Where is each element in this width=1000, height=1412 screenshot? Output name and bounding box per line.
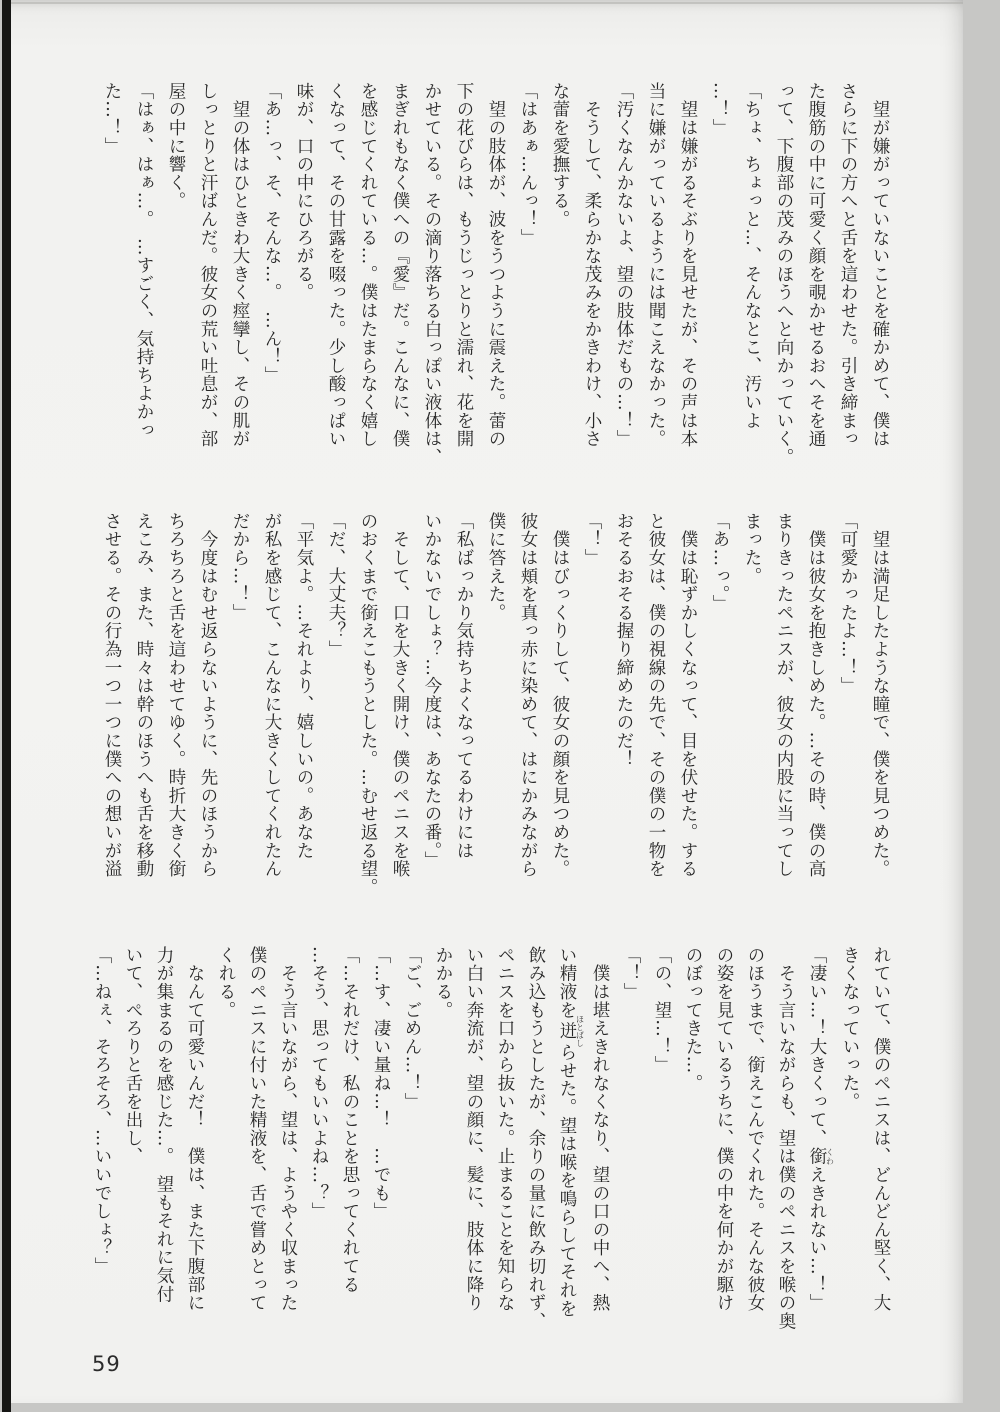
text-column: まぎれもなく僕への『愛』だ。こんなに、僕 [384, 82, 416, 496]
text-column: 「汚くなんかないよ、望の肢体だもの…！」 [608, 82, 640, 496]
text-column: えこみ、また、時々は幹のほうへも舌を移動 [128, 512, 160, 918]
text-column: …そう、思ってもいいよね…？」 [303, 946, 334, 1354]
text-column: 「！」 [576, 512, 608, 918]
text-column: のぼってきた…。 [677, 946, 708, 1354]
text-column: だから…！」 [224, 512, 256, 918]
text-column: 「はぁ、はぁ…。 …すごく、気持ちよかっ [128, 82, 160, 496]
text-column: ちろちろと舌を這わせてゆく。時折大きく銜 [160, 512, 192, 918]
text-column: 望は満足したような瞳で、僕を見つめた。 [864, 512, 896, 918]
text-column: が私を感じて、こんなに大きくしてくれたん [256, 512, 288, 918]
text-column: 望は嫌がるそぶりを見せたが、その声は本 [672, 82, 704, 496]
text-column: 「平気よ。…それより、嬉しいの。あなた [288, 512, 320, 918]
text-column: きくなっていった。 [834, 946, 865, 1354]
text-column: 「あ…っ、そ、そんな…。 …ん！」 [256, 82, 288, 496]
text-column: た…！」 [96, 82, 128, 496]
text-column: な蕾を愛撫する。 [544, 82, 576, 496]
text-column: 「！」 [615, 946, 646, 1354]
text-column: 「だ、大丈夫？」 [320, 512, 352, 918]
text-column: そう言いながらも、望は僕のペニスを喉の奥 [770, 946, 801, 1354]
text-column: た腹筋の中に可愛く顔を覗かせるおへそを通 [800, 82, 832, 496]
text-column: 屋の中に響く。 [160, 82, 192, 496]
scan-spine-edge [2, 0, 11, 1412]
text-band-bottom: れていて、僕のペニスは、どんどん堅く、大きくなっていった。「凄い…！大きくって、… [90, 946, 896, 1354]
text-column: …！」 [704, 82, 736, 496]
text-column: と彼女は、僕の視線の先で、その僕の一物を [640, 512, 672, 918]
text-column: 僕は堪えきれなくなり、望の口の中へ、熱 [584, 946, 615, 1354]
text-column: 飲み込もうとしたが、余りの量に飲み切れず、 [520, 946, 551, 1354]
text-column: 僕はびっくりして、彼女の顔を見つめた。 [544, 512, 576, 918]
text-column: 「の、望…！」 [646, 946, 677, 1354]
text-band-top: 望が嫌がっていないことを確かめて、僕はさらに下の方へと舌を這わせた。引き締まった… [96, 82, 896, 496]
text-column: 僕に答えた。 [480, 512, 512, 918]
text-column: まった。 [736, 512, 768, 918]
text-column: の姿を見ているうちに、僕の中を何かが駆け [708, 946, 739, 1354]
text-column: さらに下の方へと舌を這わせた。引き締まっ [832, 82, 864, 496]
text-column: いて、ぺろりと舌を出し、 [117, 946, 148, 1354]
text-column: 僕のペニスに付いた精液を、舌で嘗めとって [241, 946, 272, 1354]
text-column: を感じてくれている…。僕はたまらなく嬉し [352, 82, 384, 496]
text-column: 「あ…っ。」 [704, 512, 736, 918]
text-column: 「ご、ごめん…！」 [396, 946, 427, 1354]
scanned-page-background: { "page": { "number": "59", "bands": [ {… [0, 0, 1000, 1412]
text-column: い白い奔流が、望の顔に、髪に、肢体に降り [458, 946, 489, 1354]
text-column: かかる。 [427, 946, 458, 1354]
text-column: そして、口を大きく開け、僕のペニスを喉 [384, 512, 416, 918]
text-column: しっとりと汗ばんだ。彼女の荒い吐息が、部 [192, 82, 224, 496]
text-band-middle: 望は満足したような瞳で、僕を見つめた。「可愛かったよ…！」 僕は彼女を抱きしめた… [96, 512, 896, 918]
text-column: い精液を迸ほとばしらせた。望は喉を鳴らしてそれを [551, 946, 584, 1354]
text-column: 「凄い…！大きくって、銜くわえきれない…！」 [801, 946, 834, 1354]
text-column: くなって、その甘露を啜った。少し酸っぱい [320, 82, 352, 496]
text-column: って、下腹部の茂みのほうへと向かっていく。 [768, 82, 800, 496]
text-column: 「…ねぇ、そろそろ、…いいでしょ？」 [86, 946, 117, 1354]
text-column: そうして、柔らかな茂みをかきわけ、小さ [576, 82, 608, 496]
text-column: れていて、僕のペニスは、どんどん堅く、大 [865, 946, 896, 1354]
text-column: 「私ばっかり気持ちよくなってるわけには [448, 512, 480, 918]
text-column: 「ちょ、ちょっと…、そんなとこ、汚いよ [736, 82, 768, 496]
text-column: 「…それだけ、私のことを思ってくれてる [334, 946, 365, 1354]
text-column: 力が集まるのを感じた…。 望もそれに気付 [148, 946, 179, 1354]
text-column: なんて可愛いんだ！ 僕は、また下腹部に [179, 946, 210, 1354]
text-column: させる。その行為一つ一つに僕への想いが溢 [96, 512, 128, 918]
text-column: 「はあぁ…んっ！」 [512, 82, 544, 496]
text-column: ペニスを口から抜いた。止まることを知らな [489, 946, 520, 1354]
text-column: まりきったペニスが、彼女の内股に当ってし [768, 512, 800, 918]
text-column: 「…す、凄い量ね…！ …でも」 [365, 946, 396, 1354]
scan-top-edge [11, 2, 963, 4]
text-column: 味が、口の中にひろがる。 [288, 82, 320, 496]
text-column: くれる。 [210, 946, 241, 1354]
text-column: 「可愛かったよ…！」 [832, 512, 864, 918]
page-number: 59 [92, 1352, 121, 1376]
text-column: 僕は彼女を抱きしめた。…その時、僕の高 [800, 512, 832, 918]
text-column: 僕は恥ずかしくなって、目を伏せた。する [672, 512, 704, 918]
text-column: 下の花びらは、もうじっとりと濡れ、花を開 [448, 82, 480, 496]
text-column: 望の体はひときわ大きく痙攣し、その肌が [224, 82, 256, 496]
text-column: 当に嫌がっているようには聞こえなかった。 [640, 82, 672, 496]
text-column: のほうまで、銜えこんでくれた。そんな彼女 [739, 946, 770, 1354]
text-column: そう言いながら、望は、ようやく収まった [272, 946, 303, 1354]
text-column: かせている。その滴り落ちる白っぽい液体は、 [416, 82, 448, 496]
text-column: 望の肢体が、波をうつように震えた。蕾の [480, 82, 512, 496]
text-column: のおくまで銜えこもうとした。…むせ返る望。 [352, 512, 384, 918]
text-column: おそるおそる握り締めたのだ！ [608, 512, 640, 918]
text-column: 今度はむせ返らないように、先のほうから [192, 512, 224, 918]
text-column: 彼女は頬を真っ赤に染めて、はにかみながら [512, 512, 544, 918]
text-column: 望が嫌がっていないことを確かめて、僕は [864, 82, 896, 496]
text-column: いかないでしょ？…今度は、あなたの番。」 [416, 512, 448, 918]
